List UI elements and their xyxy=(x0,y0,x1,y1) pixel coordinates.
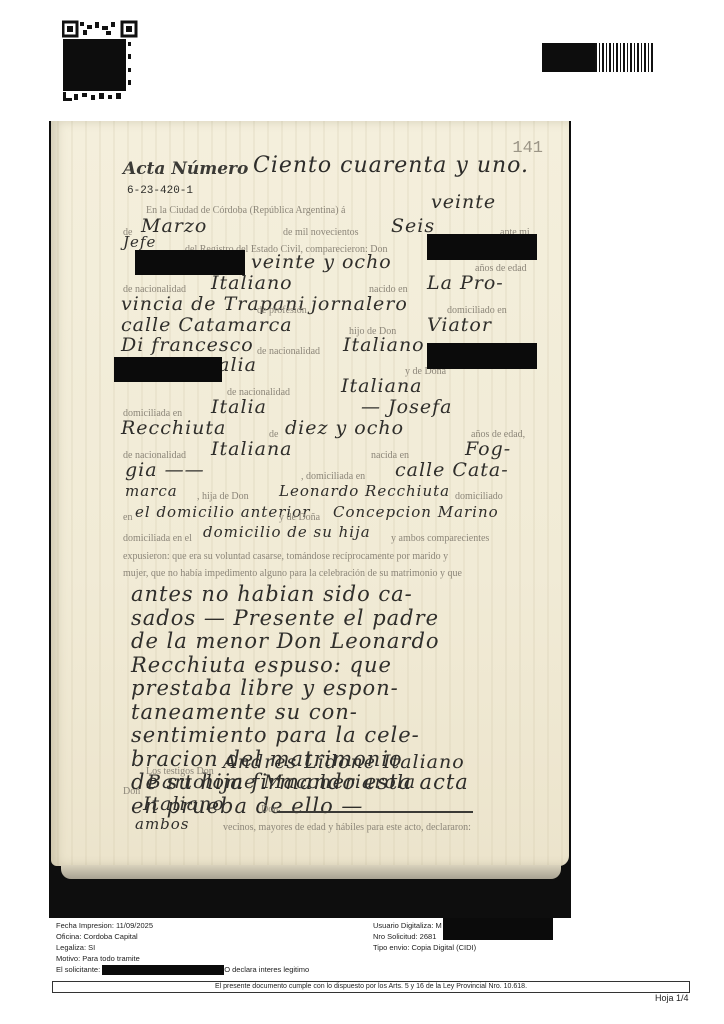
qr-code-icon xyxy=(62,20,138,102)
printed-text: Don xyxy=(123,786,140,797)
printed-text: expusieron: que era su voluntad casarse,… xyxy=(123,551,448,562)
handwritten-text: gia —— xyxy=(125,459,205,481)
handwritten-line: sados — Presente el padre xyxy=(131,607,551,631)
handwritten-line: sentimiento para la cele- xyxy=(131,724,551,748)
printed-text: Don xyxy=(261,804,278,815)
record-code: 6-23-420-1 xyxy=(127,185,193,197)
requester-label: El solicitante: xyxy=(56,965,100,974)
handwritten-text: Leonardo Recchiuta xyxy=(279,482,450,500)
redaction-block xyxy=(443,918,553,940)
handwritten-text: Italia xyxy=(211,396,267,418)
handwritten-text: diez y ocho xyxy=(285,417,404,439)
barcode-redaction xyxy=(542,43,595,72)
handwritten-text: Viator xyxy=(427,314,492,336)
printed-text: y ambos comparecientes xyxy=(391,533,489,544)
handwritten-text: Italiano xyxy=(143,793,225,815)
handwritten-text: calle Cata- xyxy=(395,459,509,481)
handwritten-text: — Josefa xyxy=(361,396,452,418)
redaction-block xyxy=(427,234,537,260)
legalization: Legaliza: SI xyxy=(56,942,309,953)
printed-text: domiciliada en el xyxy=(123,533,192,544)
office: Oficina: Cordoba Capital xyxy=(56,931,309,942)
handwritten-line: de la menor Don Leonardo xyxy=(131,630,551,654)
printed-text: en xyxy=(123,512,132,523)
legal-notice: El presente documento cumple con lo disp… xyxy=(52,981,690,993)
handwritten-line: antes no habian sido ca- xyxy=(131,583,551,607)
printed-text: , domiciliada en xyxy=(301,471,365,482)
handwritten-text: jornalero xyxy=(311,293,408,315)
print-date: Fecha Impresion: 11/09/2025 xyxy=(56,920,309,931)
acta-number-handwritten: Ciento cuarenta y uno. xyxy=(253,153,529,178)
requester: El solicitante:O declara interes legitim… xyxy=(56,964,309,975)
handwritten-text: domicilio de su hija xyxy=(203,523,371,541)
handwritten-text: Italiano xyxy=(343,334,425,356)
printed-text: domiciliado xyxy=(455,491,503,502)
handwritten-text: Bartolome Maccheriarola xyxy=(147,771,416,793)
handwritten-text: Italiano xyxy=(211,272,293,294)
handwritten-text: Italiana xyxy=(211,438,293,460)
handwritten-line: prestaba libre y espon- xyxy=(131,677,551,701)
printed-text: mujer, que no había impedimento alguno p… xyxy=(123,568,462,579)
delivery-type: Tipo envio: Copia Digital (CIDI) xyxy=(373,942,476,953)
printed-text: de nacionalidad xyxy=(257,346,320,357)
barcode-icon xyxy=(542,43,654,72)
redaction-block xyxy=(427,343,537,369)
page-stack-edge xyxy=(61,865,561,879)
handwritten-text: ambos xyxy=(135,815,190,833)
reason: Motivo: Para todo tramite xyxy=(56,953,309,964)
requester-suffix: O declara interes legitimo xyxy=(224,965,309,974)
handwritten-text: Concepcion Marino xyxy=(333,503,499,521)
handwritten-text: veinte xyxy=(431,191,496,213)
barcode-bars xyxy=(595,43,654,72)
acta-label: Acta Número xyxy=(123,159,248,179)
handwritten-text: veinte y ocho xyxy=(251,251,392,273)
redaction-block xyxy=(114,357,222,382)
handwritten-text: marca xyxy=(125,482,178,500)
page-indicator: Hoja 1/4 xyxy=(655,993,689,1003)
handwritten-line: taneamente su con- xyxy=(131,701,551,725)
handwritten-text: Italiana xyxy=(341,375,423,397)
printed-text: y de Doña xyxy=(279,512,320,523)
printed-text: vecinos, mayores de edad y hábiles para … xyxy=(223,822,471,833)
blank-line xyxy=(277,811,473,813)
handwritten-text: Recchiuta xyxy=(121,417,226,439)
handwritten-text: Di francesco xyxy=(121,334,254,356)
handwritten-line: Recchiuta espuso: que xyxy=(131,654,551,678)
scanned-record-image: 141 Acta Número Ciento cuarenta y uno. 6… xyxy=(49,121,571,918)
handwritten-text: La Pro- xyxy=(427,272,504,294)
handwritten-text: Fog- xyxy=(465,438,511,460)
redaction-block xyxy=(102,965,224,975)
handwritten-text: Jefe xyxy=(123,233,156,251)
handwritten-text: calle Catamarca xyxy=(121,314,293,336)
printed-text: , hija de Don xyxy=(197,491,249,502)
record-page: 141 Acta Número Ciento cuarenta y uno. 6… xyxy=(51,121,569,866)
handwritten-text: Andres Lidone Italiano xyxy=(223,751,465,773)
footer-left-info: Fecha Impresion: 11/09/2025 Oficina: Cor… xyxy=(56,920,309,975)
printed-text: de mil novecientos xyxy=(283,227,359,238)
